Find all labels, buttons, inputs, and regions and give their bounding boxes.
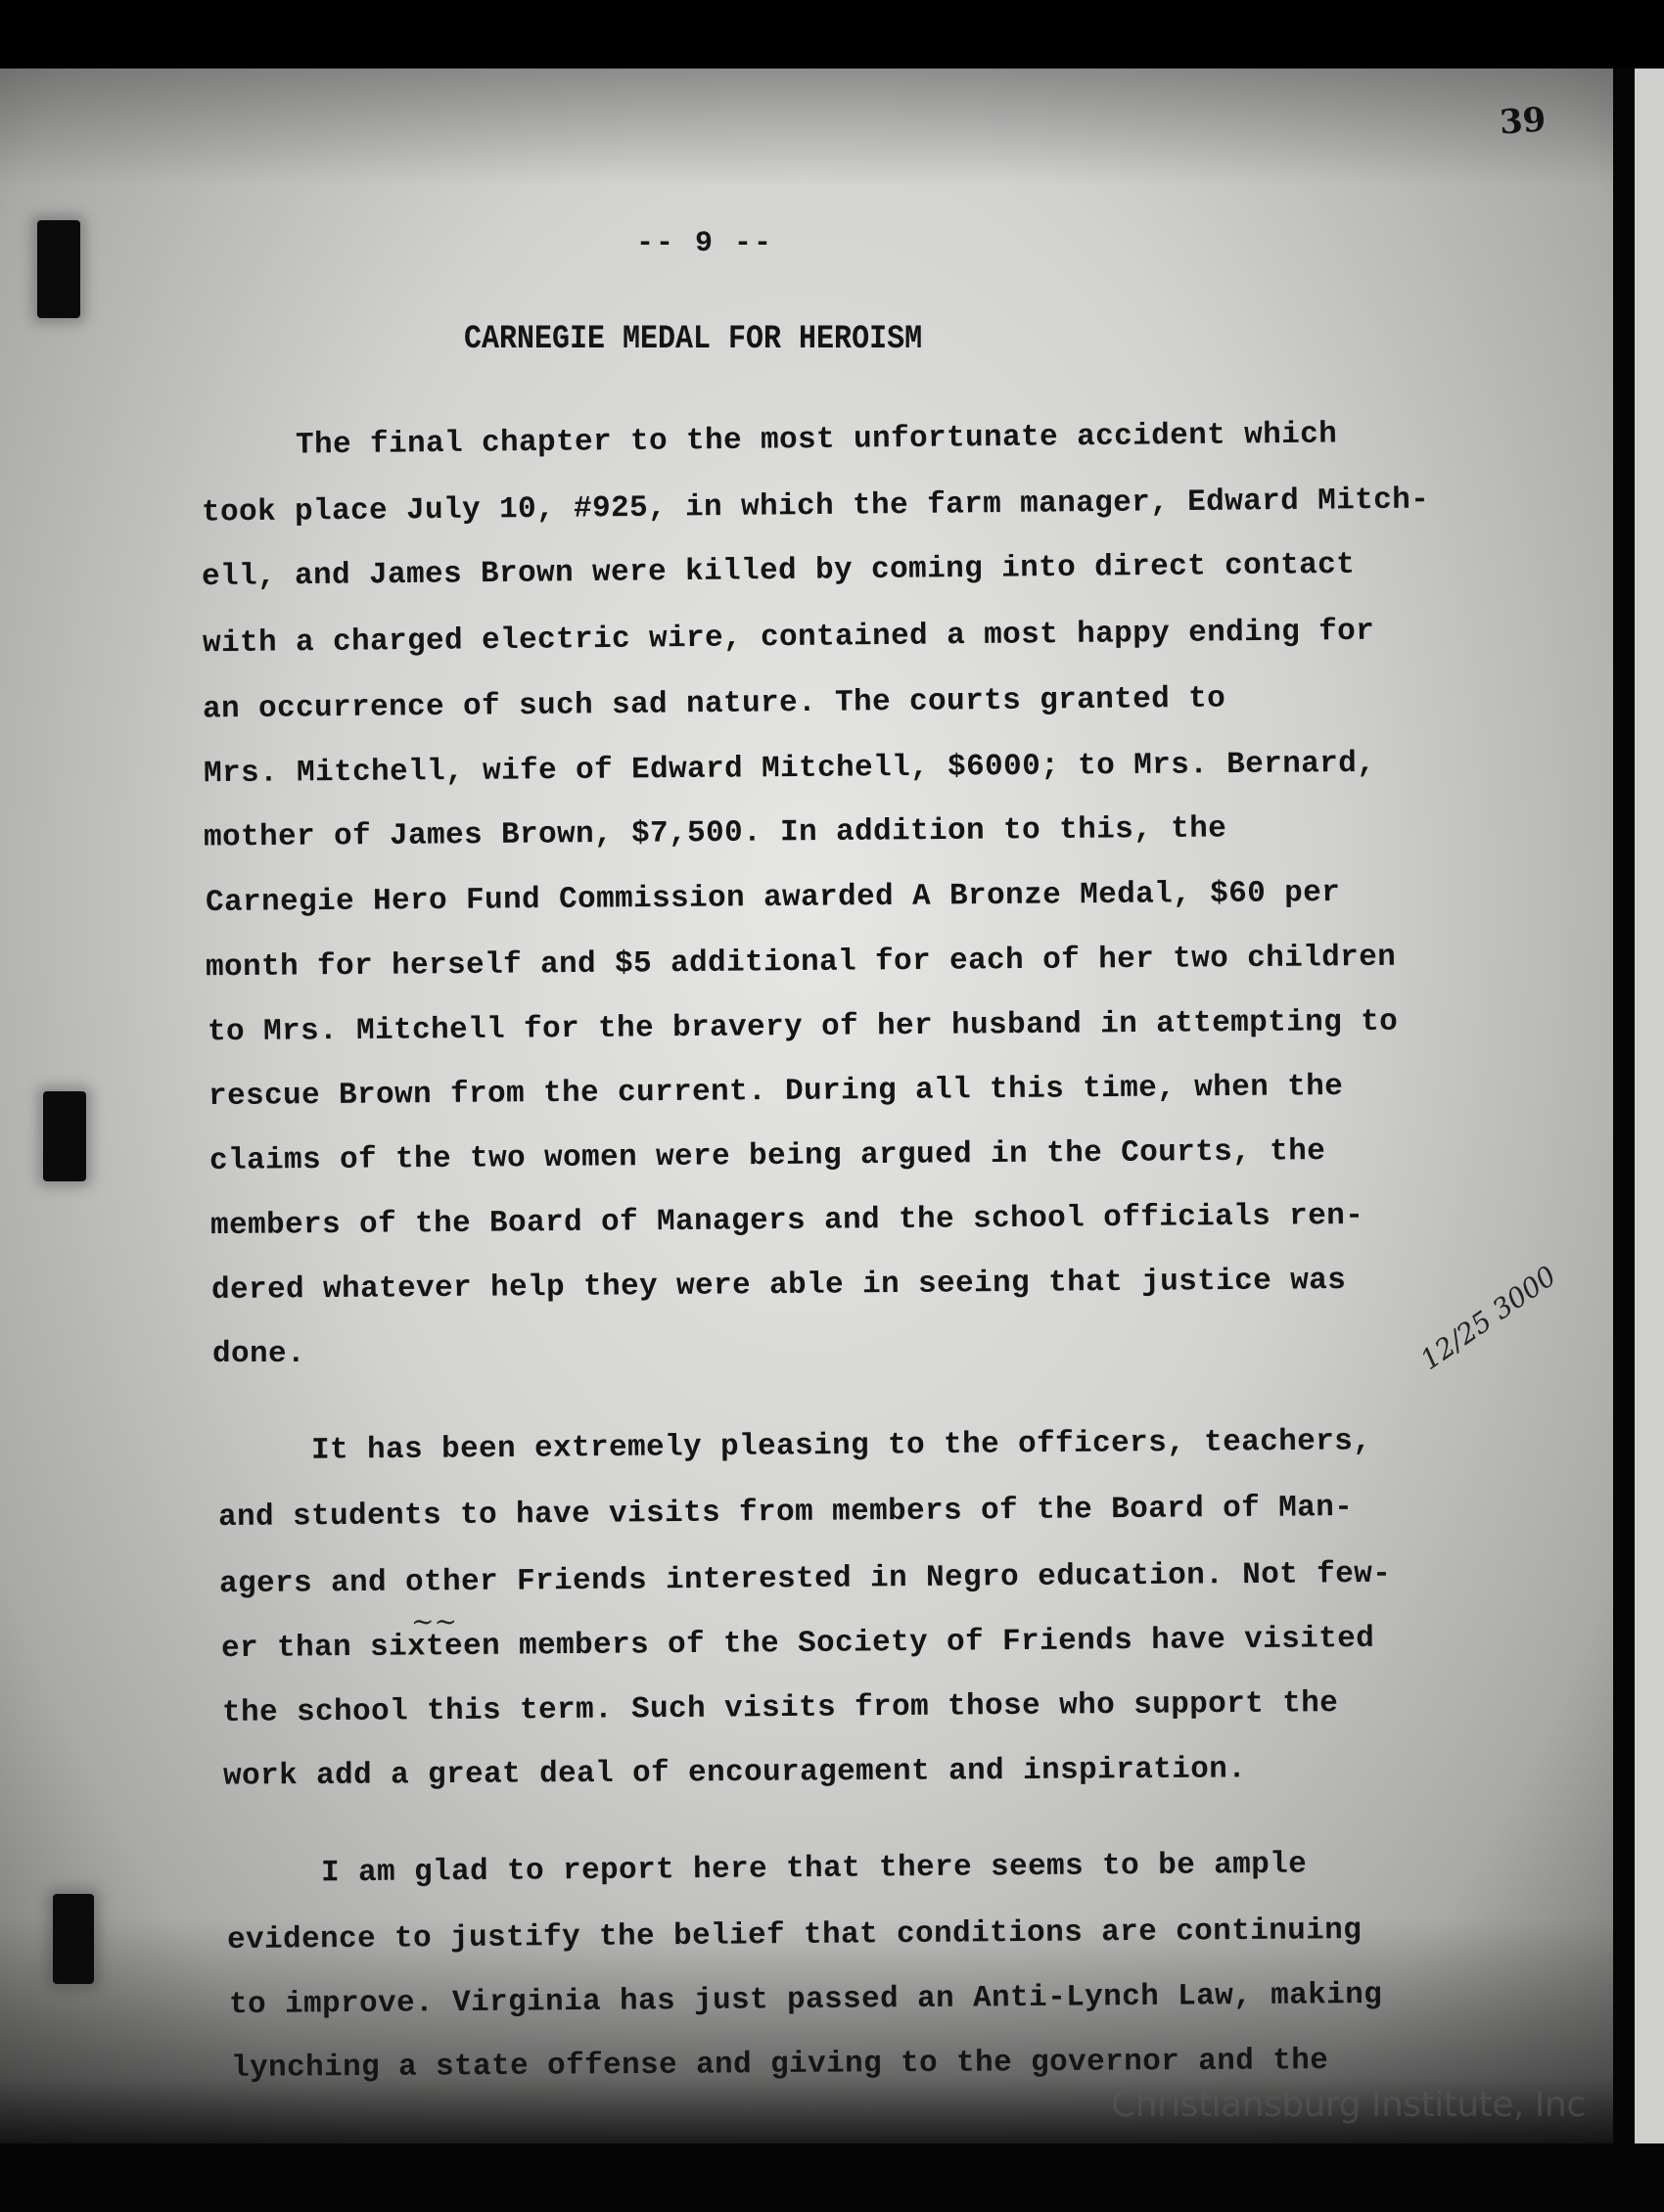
watermark: Christiansburg Institute, Inc	[1111, 2085, 1586, 2125]
handwritten-page-number: 39	[1499, 100, 1548, 142]
scan-bottom-border	[0, 2143, 1664, 2212]
scan-top-border	[0, 0, 1664, 70]
typed-page-number: -- 9 --	[636, 227, 773, 260]
scan-right-strip	[1635, 69, 1664, 2212]
binder-hole-middle	[43, 1091, 86, 1181]
binder-hole-bottom	[53, 1894, 94, 1984]
text-line: work add a great deal of encouragement a…	[223, 1752, 1246, 1793]
text-line: done.	[212, 1337, 305, 1371]
scan-right-edge-bar	[1613, 69, 1635, 2212]
handwritten-squiggle-mark: ~~	[411, 1605, 457, 1637]
document-title: CARNEGIE MEDAL FOR HEROISM	[464, 320, 922, 358]
binder-hole-top	[37, 220, 80, 318]
